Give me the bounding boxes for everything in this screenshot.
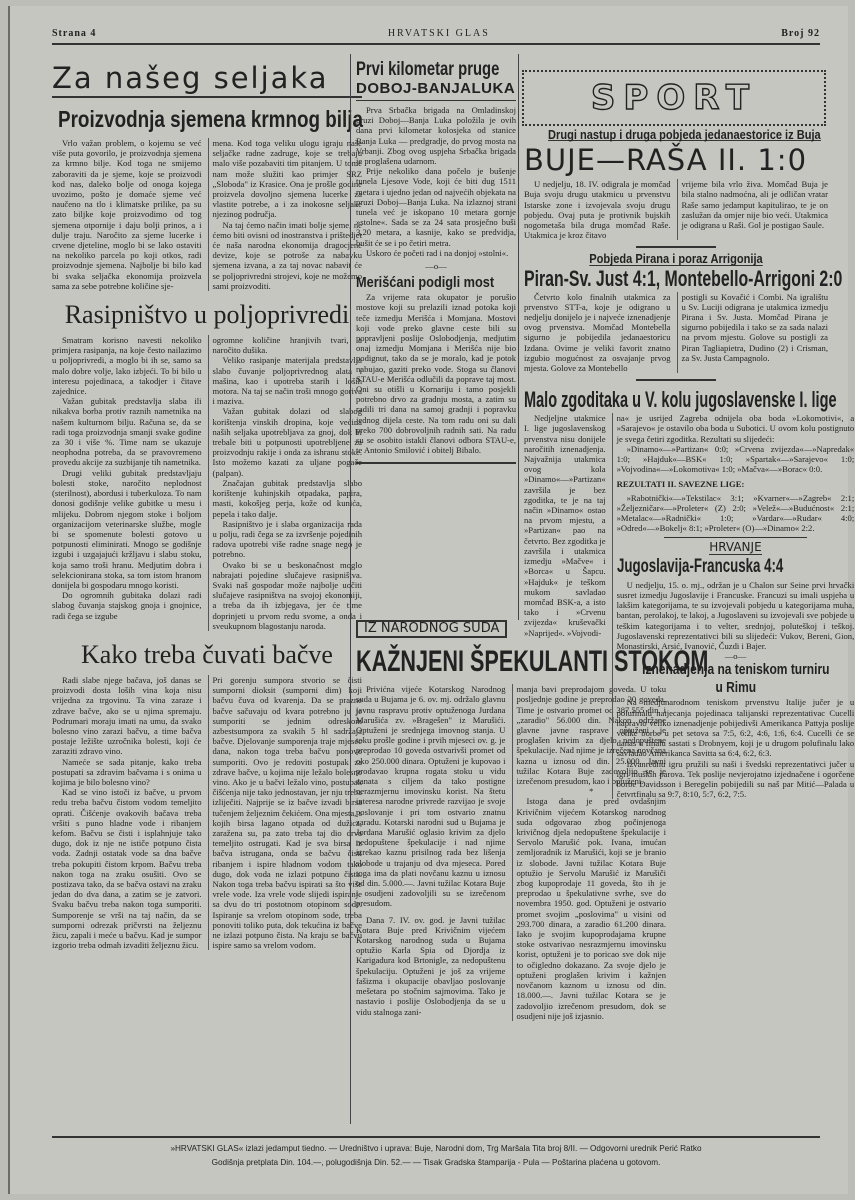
league2-results: »Rabotnički«—»Tekstilac« 3:1; »Kvarner«—… (617, 493, 855, 534)
article-waste: Smatram korisno navesti nekoliko primjer… (52, 335, 362, 631)
league-results: »Dinamo«—»Partizan« 0:0; »Crvena zvijezd… (617, 444, 855, 475)
headline-league: Malo zgoditaka u V. kolu jugoslavenske I… (524, 387, 725, 413)
sport-banner-title: SPORT (591, 78, 757, 118)
article-text: Na medjunarodnom teniskom prvenstvu Ital… (617, 697, 855, 758)
article-text: Veliko rasipanje materijala predstavlja … (213, 355, 363, 406)
article-text: postigli su Kovačić i Combi. Na igrališt… (682, 292, 829, 363)
headline-piran: Piran-Sv. Just 4:1, Montebello-Arrigoni … (524, 266, 743, 292)
article-text: mena. Kod toga veliku ulogu igraju naše … (213, 138, 363, 220)
headline-barrels: Kako treba čuvati bačve (52, 639, 362, 671)
headline-seed-production: Proizvodnja sjemena krmnog bilja (58, 104, 307, 134)
article-text: Ovako bi se u beskonačnost moglo nabraja… (213, 560, 363, 631)
article-text: Na taj ćemo način imati bolje sjeme, ne … (213, 220, 363, 291)
article-text: Istoga dana je pred ovdašnjim Krivičnim … (517, 796, 667, 1020)
court-kicker: IZ NARODNOG SUDA (356, 620, 507, 638)
article-text: Uskoro će početi rad i na donjoj »stolni… (356, 248, 516, 258)
article-text: Izvanrednu igru pružili su naši i švedsk… (617, 759, 855, 800)
article-text: Privićna vijeće Kotarskog Narodnog suda … (356, 684, 506, 908)
article-text: Vrlo važan problem, o kojemu se već više… (52, 138, 202, 291)
article-text: Važan gubitak dolazi od slabog korištenj… (213, 406, 363, 477)
column-divider (350, 54, 351, 1124)
subheadline-railway: DOBOJ-BANJALUKA (356, 80, 516, 98)
article-text: Smatram korisno navesti nekoliko primjer… (52, 335, 202, 396)
column-divider (518, 54, 519, 620)
article-text: Značajan gubitak predstavlja slabo koriš… (213, 478, 363, 519)
footer-line-1: »HRVATSKI GLAS« izlazi jedamput tiedno. … (52, 1142, 820, 1156)
article-text: Kad se vino istoči iz bačve, u prvom red… (52, 787, 202, 950)
issue-number: Broj 92 (781, 28, 820, 42)
newspaper-title: HRVATSKI GLAS (388, 28, 490, 42)
league2-title: REZULTATI II. SAVEZNE LIGE: (617, 479, 855, 489)
separator: —o— (617, 651, 855, 661)
article-text: Za vrijeme rata okupator je porušio most… (356, 292, 516, 455)
middle-section: Prvi kilometar pruge DOBOJ-BANJALUKA Prv… (356, 60, 516, 472)
article-text: na« je usrijed Zagreba odnijela oba boda… (617, 413, 855, 444)
headline-railway: Prvi kilometar pruge (356, 60, 481, 80)
article-text: Važan gubitak predstavlja slaba ili nika… (52, 396, 202, 467)
headline-wrestling: Jugoslavija-Francuska 4:4 (617, 554, 783, 580)
article-text: Rasipništvo je i slaba organizacija rada… (213, 519, 363, 560)
separator: —o— (356, 261, 516, 271)
masthead-rule (52, 43, 820, 45)
section-kicker: Za našeg seljaka (52, 62, 362, 98)
article-text: Dana 7. IV. ov. god. je Javni tužilac Ko… (356, 915, 506, 1017)
kicker-piran: Pobjeda Pirana i poraz Arrigonija (589, 254, 762, 265)
headline-tennis: Iznenadjenja na teniskom turniru u Rimu (640, 661, 830, 697)
headline-bridge: Merišćani podigli most (356, 274, 492, 292)
sport-banner: SPORT (522, 70, 826, 126)
article-barrels: Radi slabe njege bačava, još danas se pr… (52, 675, 362, 950)
article-text: Pri gorenju sumpora stvorio se čisti sum… (213, 675, 363, 950)
article-text: Do ogromnih gubitaka dolazi radi slabog … (52, 590, 202, 621)
article-text: ogromne količine hranjivih tvari, a naro… (213, 335, 363, 355)
article-text: Prva Srbačka brigada na Omladinskoj pruz… (356, 105, 516, 166)
page-number: Strana 4 (52, 28, 96, 42)
kicker-buje: Drugi nastup i druga pobjeda jedanaestor… (548, 130, 821, 141)
article-text: Nedjeljne utakmice I. lige jugoslavensko… (524, 413, 606, 637)
newspaper-page: Strana 4 HRVATSKI GLAS Broj 92 Za našeg … (8, 6, 848, 1194)
article-text: Nameće se sada pitanje, kako treba postu… (52, 757, 202, 788)
footer-line-2: Godišnja pretplata Din. 104.—, polugodiš… (52, 1156, 820, 1170)
article-text: Četvrto kolo finalnih utakmica za prvens… (524, 292, 671, 374)
sport-section: Drugi nastup i druga pobjeda jedanaestor… (524, 130, 828, 799)
article-text: U nedjelju, 15. o. mj., održan je u Chal… (617, 580, 855, 651)
article-seed-production: Vrlo važan problem, o kojemu se već više… (52, 138, 362, 291)
article-text: Prije nekoliko dana počelo je bušenje tu… (356, 166, 516, 248)
article-text: U nedjelju, 18. IV. odigrala je momčad B… (524, 179, 671, 240)
headline-waste: Rasipništvo u poljoprivredi (52, 299, 362, 331)
article-text: Radi slabe njege bačava, još danas se pr… (52, 675, 202, 757)
footer-imprint: »HRVATSKI GLAS« izlazi jedamput tiedno. … (52, 1136, 820, 1170)
article-text: vrijeme bila vrlo živa. Momčad Buja je b… (682, 179, 829, 230)
headline-buje-rasa: BUJE—RAŠA II. 1:0 (524, 141, 828, 179)
masthead: Strana 4 HRVATSKI GLAS Broj 92 (52, 28, 820, 42)
article-text: Drugi veliki gubitak predstavljaju boles… (52, 468, 202, 590)
farmer-section: Za našeg seljaka Proizvodnja sjemena krm… (52, 62, 362, 950)
